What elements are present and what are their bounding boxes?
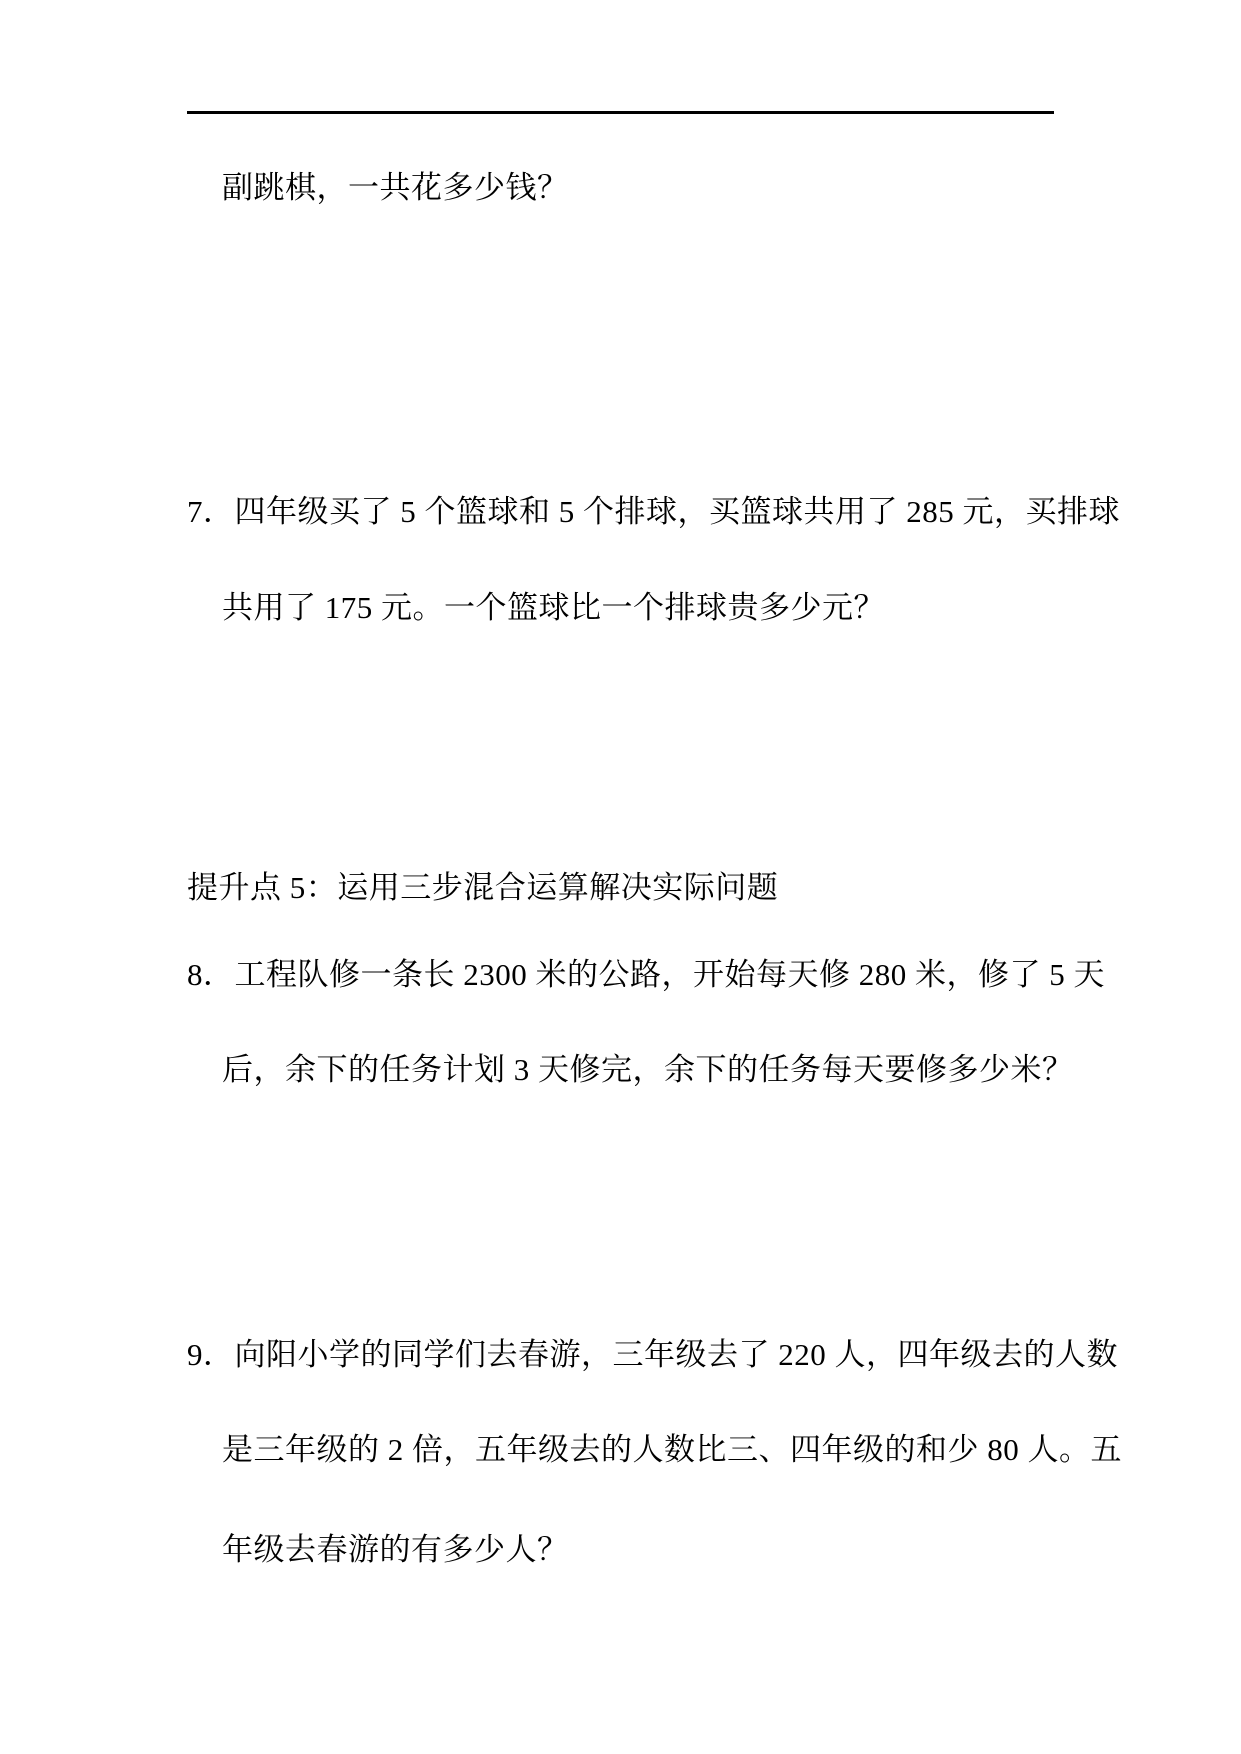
problem-8-line-2: 后，余下的任务计划 3 天修完，余下的任务每天要修多少米？ bbox=[222, 1052, 1074, 1088]
worksheet-page: 副跳棋，一共花多少钱？ 7．四年级买了 5 个篮球和 5 个排球，买篮球共用了 … bbox=[0, 0, 1241, 1754]
section-heading-point-5: 提升点 5：运用三步混合运算解决实际问题 bbox=[187, 870, 778, 906]
header-rule bbox=[187, 111, 1054, 114]
problem-7-line-1: 7．四年级买了 5 个篮球和 5 个排球，买篮球共用了 285 元，买排球 bbox=[187, 494, 1120, 530]
problem-9-line-1: 9．向阳小学的同学们去春游，三年级去了 220 人，四年级去的人数 bbox=[187, 1337, 1118, 1373]
problem-7-line-2: 共用了 175 元。一个篮球比一个排球贵多少元？ bbox=[222, 590, 885, 626]
problem-9-line-3: 年级去春游的有多少人？ bbox=[222, 1532, 569, 1568]
problem-6-continuation-line: 副跳棋，一共花多少钱？ bbox=[222, 170, 569, 206]
problem-8-line-1: 8．工程队修一条长 2300 米的公路，开始每天修 280 米，修了 5 天 bbox=[187, 957, 1105, 993]
problem-9-line-2: 是三年级的 2 倍，五年级去的人数比三、四年级的和少 80 人。五 bbox=[222, 1432, 1122, 1468]
